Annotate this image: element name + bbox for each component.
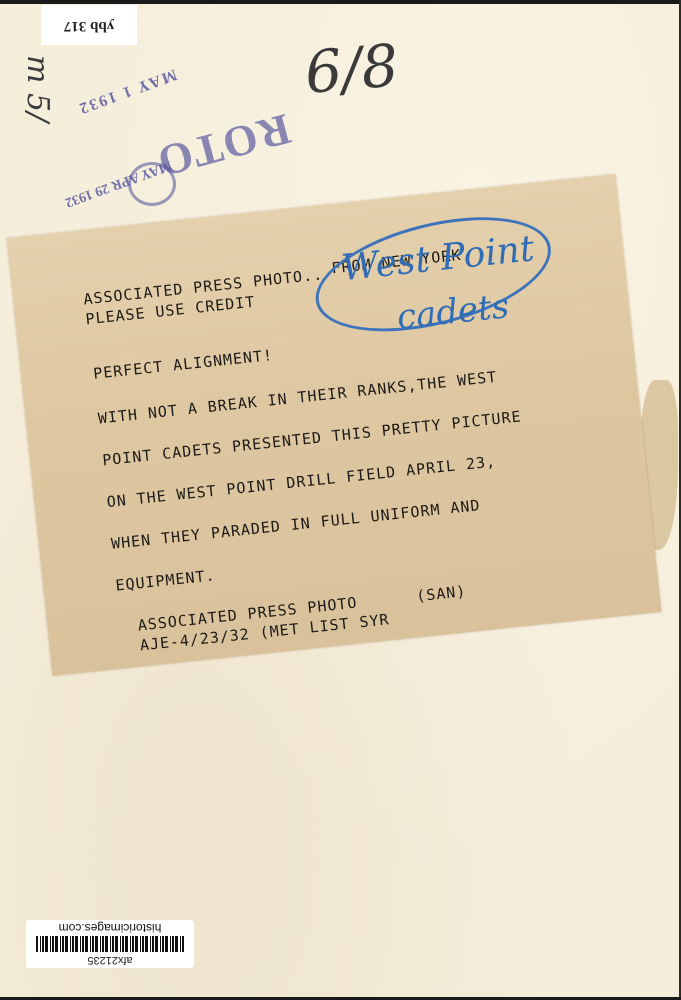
barcode-site: historicimages.com <box>26 921 194 935</box>
headline: PERFECT ALIGNMENT! <box>92 346 273 383</box>
barcode-label: afx21235 historicimages.com <box>26 920 194 968</box>
barcode-id: afx21235 <box>26 954 194 966</box>
footer-tag: (SAN) <box>415 582 467 605</box>
pencil-margin-note: m 5/ <box>20 55 55 122</box>
pencil-fraction-note: 6/8 <box>302 31 401 107</box>
archive-label-text: ybb 317 <box>41 17 137 34</box>
top-border <box>0 0 681 4</box>
body-line-5: EQUIPMENT. <box>115 566 217 594</box>
archive-label: ybb 317 <box>41 5 137 45</box>
photo-back-page: ybb 317 m 5/ MAY 1 1932 ROTO MAY APR 29 … <box>0 0 681 1000</box>
barcode-icon <box>36 936 184 952</box>
press-caption-clipping: ASSOCIATED PRESS PHOTO.. PLEASE USE CRED… <box>7 174 662 676</box>
received-date-stamp: MAY 1 1932 <box>75 65 179 118</box>
